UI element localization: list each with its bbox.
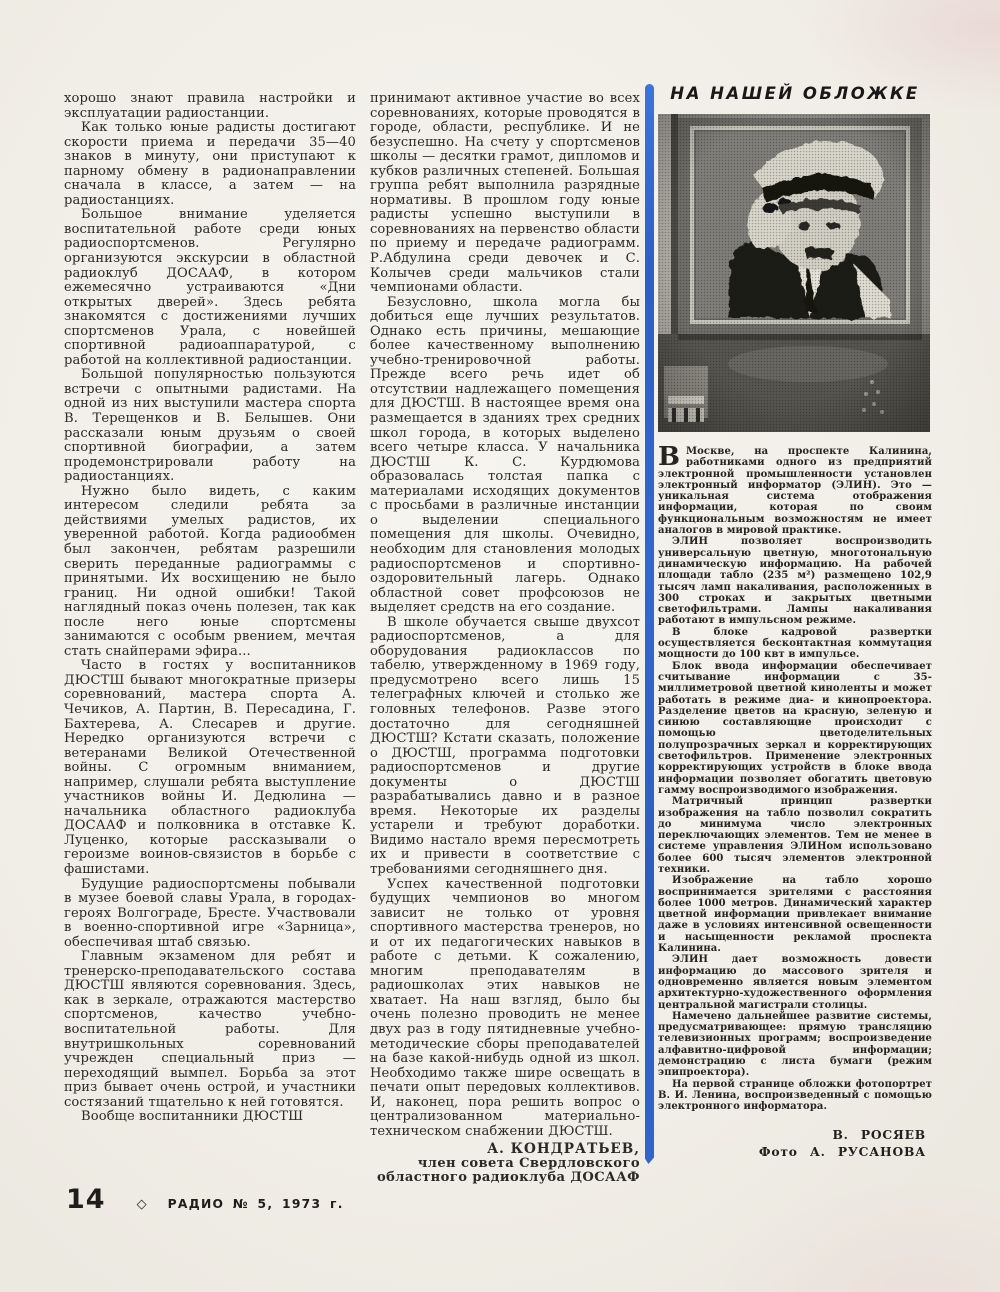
paragraph: принимают активное участие во всех сорев…: [370, 92, 640, 296]
author-signature: А. КОНДРАТЬЕВ, член совета Свердловского…: [370, 1142, 640, 1186]
paragraph: Будущие радиоспортсмены побывали в музее…: [64, 878, 356, 951]
paragraph: хорошо знают правила настройки и эксплуа…: [64, 92, 356, 121]
cover-section: НА НАШЕЙ ОБЛОЖКЕ: [658, 84, 932, 1160]
paragraph: Намечено дальнейшее развитие системы, пр…: [658, 1011, 932, 1079]
section-title: НА НАШЕЙ ОБЛОЖКЕ: [658, 84, 932, 103]
cover-photographer: Фото А. РУСАНОВА: [658, 1143, 926, 1160]
paragraph: В школе обучается свыше двухсот радиоспо…: [370, 616, 640, 878]
paragraph: Нужно было видеть, с каким интересом сле…: [64, 485, 356, 660]
paragraph-text: Москве, на проспекте Калинина, работника…: [658, 446, 932, 536]
article-column-middle: принимают активное участие во всех сорев…: [370, 92, 640, 1186]
author-title-line: член совета Свердловского: [370, 1157, 640, 1172]
drop-cap: В: [658, 447, 680, 468]
paragraph: Как только юные радисты достигают скорос…: [64, 121, 356, 208]
paragraph: Часто в гостях у воспитанников ДЮСТШ быв…: [64, 659, 356, 877]
paragraph: Блок ввода информации обеспечивает считы…: [658, 661, 932, 797]
cover-author-name: В. РОСЯЕВ: [658, 1126, 926, 1143]
paragraph: Вообще воспитанники ДЮСТШ: [64, 1110, 356, 1125]
paragraph: Изображение на табло хорошо воспринимает…: [658, 875, 932, 954]
paragraph: В блоке кадровой развертки осуществляетс…: [658, 627, 932, 661]
footer-diamond-icon: ◇: [137, 1197, 147, 1212]
article-column-left: хорошо знают правила настройки и эксплуа…: [64, 92, 356, 1125]
cover-photo: [658, 114, 930, 432]
paragraph: ЭЛИН дает возможность довести информацию…: [658, 954, 932, 1010]
paragraph: Большое внимание уделяется воспитательно…: [64, 208, 356, 368]
paragraph: Большой популярностью пользуются встречи…: [64, 368, 356, 484]
magazine-page: хорошо знают правила настройки и эксплуа…: [0, 0, 1000, 1292]
author-name: А. КОНДРАТЬЕВ,: [370, 1142, 640, 1157]
cover-article-text: ВМоскве, на проспекте Калинина, работник…: [658, 446, 932, 1113]
paragraph: ВМоскве, на проспекте Калинина, работник…: [658, 446, 932, 536]
paragraph: На первой странице обложки фотопортрет В…: [658, 1079, 932, 1113]
paragraph: Успех качественной подготовки будущих че…: [370, 878, 640, 1140]
cover-photo-illustration: [658, 114, 930, 432]
page-number: 14: [66, 1184, 106, 1215]
paragraph: ЭЛИН позволяет воспроизводить универсаль…: [658, 536, 932, 626]
photo-credit: В. РОСЯЕВ Фото А. РУСАНОВА: [658, 1126, 932, 1160]
journal-issue-label: РАДИО № 5, 1973 г.: [168, 1197, 344, 1211]
paragraph: Безусловно, школа могла бы добиться еще …: [370, 296, 640, 616]
column-divider-rule: [645, 84, 654, 1164]
paragraph: Главным экзаменом для ребят и тренерско-…: [64, 950, 356, 1110]
author-title-line: областного радиоклуба ДОСААФ: [370, 1171, 640, 1186]
paragraph: Матричный принцип развертки изображения …: [658, 796, 932, 875]
page-footer: 14 ◇ РАДИО № 5, 1973 г.: [66, 1184, 344, 1215]
